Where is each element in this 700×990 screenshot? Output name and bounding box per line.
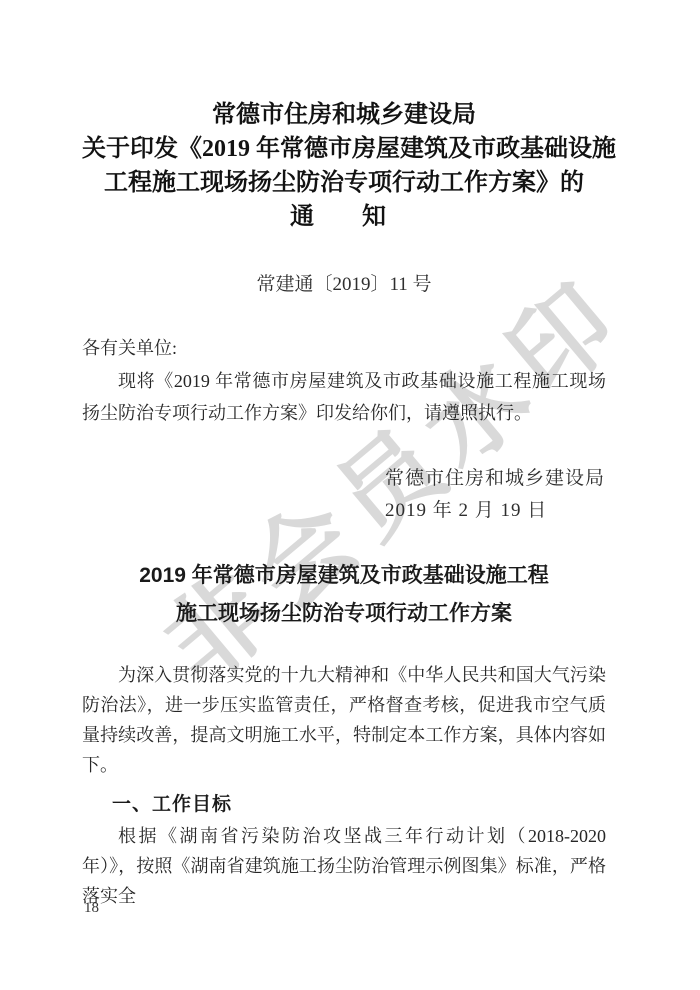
section-1-paragraph: 根据《湖南省污染防治攻坚战三年行动计划（2018-2020 年）》，按照《湖南省… [82,821,606,911]
plan-intro-paragraph: 为深入贯彻落实党的十九大精神和《中华人民共和国大气污染防治法》，进一步压实监管责… [82,660,606,780]
section-1-heading: 一、工作目标 [82,791,606,819]
notice-title-line-2: 关于印发《2019 年常德市房屋建筑及市政基础设施 [82,132,606,166]
notice-title: 常德市住房和城乡建设局 关于印发《2019 年常德市房屋建筑及市政基础设施 工程… [82,98,606,234]
page-number: 18 [84,900,99,917]
document-page: 非会员水印 常德市住房和城乡建设局 关于印发《2019 年常德市房屋建筑及市政基… [0,0,700,990]
notice-body-paragraph: 现将《2019 年常德市房屋建筑及市政基础设施工程施工现场扬尘防治专项行动工作方… [82,365,606,429]
signature-organization: 常德市住房和城乡建设局 [385,463,606,495]
document-reference-number: 常建通〔2019〕11 号 [82,272,606,298]
plan-title-line-1: 2019 年常德市房屋建筑及市政基础设施工程 [82,557,606,595]
notice-title-line-1: 常德市住房和城乡建设局 [82,98,606,132]
signature-block: 常德市住房和城乡建设局 2019 年 2 月 19 日 [385,463,606,527]
document-content: 常德市住房和城乡建设局 关于印发《2019 年常德市房屋建筑及市政基础设施 工程… [82,0,606,911]
salutation: 各有关单位: [82,334,606,362]
notice-title-line-4: 通 知 [82,200,606,234]
plan-title: 2019 年常德市房屋建筑及市政基础设施工程 施工现场扬尘防治专项行动工作方案 [82,557,606,633]
plan-title-line-2: 施工现场扬尘防治专项行动工作方案 [82,595,606,633]
notice-title-line-3: 工程施工现场扬尘防治专项行动工作方案》的 [82,166,606,200]
signature-date: 2019 年 2 月 19 日 [385,495,606,527]
